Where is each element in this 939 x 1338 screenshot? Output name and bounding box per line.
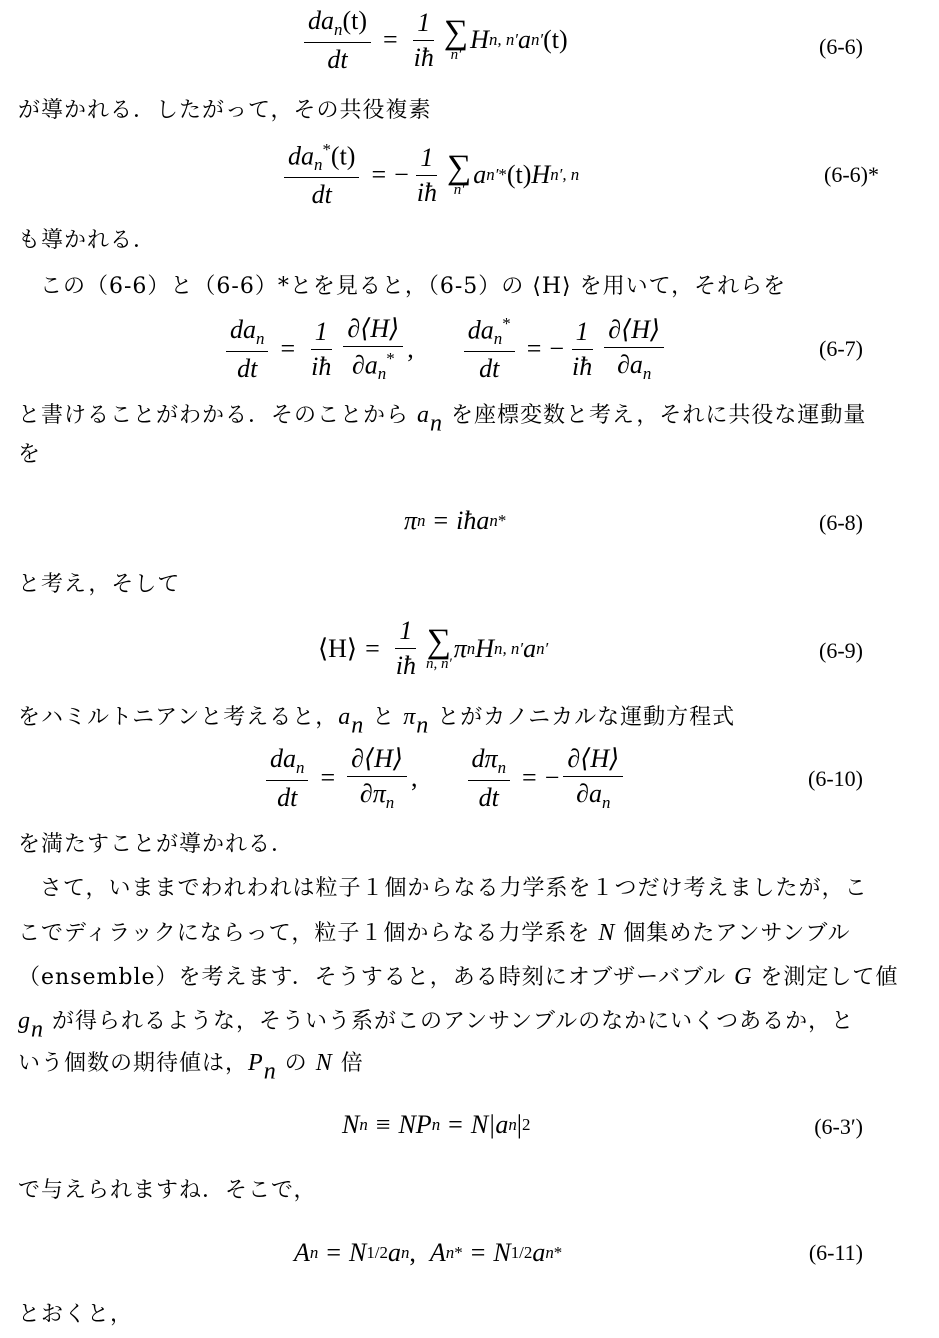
equation-number: (6-6)* <box>824 162 879 188</box>
paragraph-text: と書けることがわかる．そのことから an を座標変数と考え，それに共役な運動量 <box>18 400 866 438</box>
paragraph-text: が導かれる．したがって，その共役複素 <box>18 96 432 126</box>
paragraph-text: さて，いままでわれわれは粒子１個からなる力学系を１つだけ考えましたが，こ <box>40 874 868 904</box>
equation-number: (6-10) <box>808 766 863 792</box>
equation-number: (6-9) <box>819 638 863 664</box>
equation-number: (6-3′) <box>814 1114 863 1140</box>
paragraph-text: と考え，そして <box>18 570 180 600</box>
paragraph-text: を満たすことが導かれる． <box>18 830 294 860</box>
paragraph-text: こでディラックにならって，粒子１個からなる力学系を N 個集めたアンサンブル <box>18 918 851 949</box>
equation-6-11: An = N1/2an, An* = N1/2an* <box>294 1238 562 1268</box>
equation-6-6: dan(t) dt = 1iħ ∑n′ Hn, n′ an′(t) <box>300 6 568 75</box>
paragraph-text: とおくと， <box>18 1300 133 1330</box>
equation-6-9: ⟨H⟩ = 1iħ ∑n, n′ πn Hn, n′ an′ <box>318 616 548 681</box>
equation-number: (6-11) <box>809 1240 863 1266</box>
equation-6-8: πn = iħan* <box>404 506 506 536</box>
equation-6-6-star: dan*(t) dt = − 1iħ ∑n′ an′*(t) Hn′, n <box>280 140 579 210</box>
paragraph-text: を <box>18 440 41 470</box>
paragraph-text: （ensemble）を考えます．そうすると，ある時刻にオブザーバブル G を測定… <box>18 962 898 993</box>
equation-6-7: dandt = 1iħ ∂⟨H⟩∂an* , dan*dt = − 1iħ ∂⟨… <box>222 314 668 384</box>
equation-number: (6-8) <box>819 510 863 536</box>
paragraph-text: で与えられますね．そこで， <box>18 1176 317 1206</box>
paragraph-text: をハミルトニアンと考えると，an と πn とがカノニカルな運動方程式 <box>18 702 735 740</box>
equation-number: (6-6) <box>819 34 863 60</box>
paragraph-text: gn が得られるような，そういう系がこのアンサンブルのなかにいくつあるか，と <box>18 1006 854 1044</box>
equation-6-10: dandt = ∂⟨H⟩∂πn , dπndt = − ∂⟨H⟩∂an <box>262 744 627 813</box>
paragraph-text: いう個数の期待値は，Pn の N 倍 <box>18 1048 364 1086</box>
fraction: dan(t) dt <box>304 6 371 75</box>
paragraph-text: この（6-6）と（6-6）*とを見ると，（6-5）の ⟨H⟩ を用いて，それらを <box>40 272 786 302</box>
equation-number: (6-7) <box>819 336 863 362</box>
summation: ∑n′ <box>444 18 468 62</box>
equation-6-3-prime: Nn ≡ NPn = N|an|2 <box>342 1110 530 1140</box>
paragraph-text: も導かれる． <box>18 226 156 256</box>
